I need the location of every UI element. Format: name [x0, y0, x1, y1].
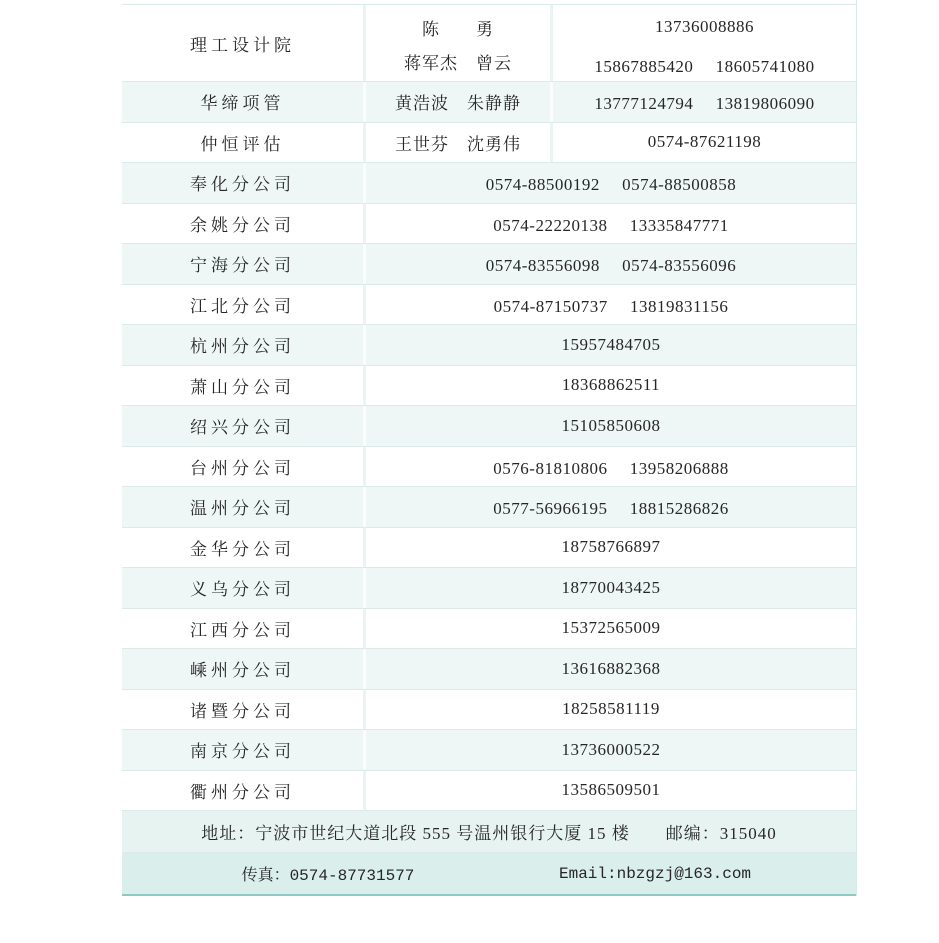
branch-phone-cell: 0574-83556098 0574-83556096 [366, 244, 856, 284]
branch-phone-cell: 15105850608 [366, 406, 856, 446]
table-row: 余姚分公司 0574-22220138 13335847771 [122, 203, 856, 244]
footer-row: 传真：0574-87731577 Email:nbzgzj@163.com [122, 852, 856, 896]
phone-number: 13736008886 [655, 17, 754, 37]
phone-number: 15867885420 18605741080 [594, 57, 814, 77]
branch-name-cell: 奉化分公司 [122, 163, 363, 203]
phones-cell: 13777124794 13819806090 [553, 82, 856, 122]
address-text: 地址：宁波市世纪大道北段 555 号温州银行大厦 15 楼 邮编：315040 [122, 811, 856, 852]
table-row: 杭州分公司 15957484705 [122, 324, 856, 365]
branch-phone-cell: 0577-56966195 18815286826 [366, 487, 856, 527]
branch-phone-cell: 13586509501 [366, 771, 856, 811]
org-name-cell: 仲恒评估 [122, 123, 363, 163]
contact-name: 蒋军杰 曾云 [404, 54, 512, 74]
branch-name-cell: 金华分公司 [122, 528, 363, 568]
email-text: Email:nbzgzj@163.com [489, 853, 856, 894]
phones-cell: 0574-87621198 [553, 123, 856, 163]
branch-phone-cell: 18758766897 [366, 528, 856, 568]
branch-name-cell: 南京分公司 [122, 730, 363, 770]
branch-name-cell: 杭州分公司 [122, 325, 363, 365]
branch-phone-cell: 18368862511 [366, 366, 856, 406]
contact-directory-table: 理工设计院 陈 勇 蒋军杰 曾云 13736008886 15867885420… [122, 0, 857, 896]
table-row: 仲恒评估 王世芬 沈勇伟 0574-87621198 [122, 122, 856, 163]
table-row: 南京分公司 13736000522 [122, 729, 856, 770]
address-row: 地址：宁波市世纪大道北段 555 号温州银行大厦 15 楼 邮编：315040 [122, 810, 856, 852]
table-row: 宁海分公司 0574-83556098 0574-83556096 [122, 243, 856, 284]
table-row: 萧山分公司 18368862511 [122, 365, 856, 406]
branch-name-cell: 萧山分公司 [122, 366, 363, 406]
fax-text: 传真：0574-87731577 [122, 853, 489, 894]
phones-cell: 13736008886 15867885420 18605741080 [553, 5, 856, 81]
branch-name-cell: 江西分公司 [122, 609, 363, 649]
table-row: 江北分公司 0574-87150737 13819831156 [122, 284, 856, 325]
branch-name-cell: 衢州分公司 [122, 771, 363, 811]
branch-name-cell: 诸暨分公司 [122, 690, 363, 730]
table-row: 义乌分公司 18770043425 [122, 567, 856, 608]
branch-phone-cell: 0576-81810806 13958206888 [366, 447, 856, 487]
branch-phone-cell: 0574-87150737 13819831156 [366, 285, 856, 325]
branch-phone-cell: 18258581119 [366, 690, 856, 730]
table-row: 衢州分公司 13586509501 [122, 770, 856, 811]
org-name-cell: 华缔项管 [122, 82, 363, 122]
branch-name-cell: 江北分公司 [122, 285, 363, 325]
table-row: 诸暨分公司 18258581119 [122, 689, 856, 730]
branch-name-cell: 台州分公司 [122, 447, 363, 487]
table-row: 奉化分公司 0574-88500192 0574-88500858 [122, 162, 856, 203]
table-row: 绍兴分公司 15105850608 [122, 405, 856, 446]
table-row: 华缔项管 黄浩波 朱静静 13777124794 13819806090 [122, 81, 856, 122]
branch-phone-cell: 0574-88500192 0574-88500858 [366, 163, 856, 203]
branch-phone-cell: 18770043425 [366, 568, 856, 608]
contacts-cell: 陈 勇 蒋军杰 曾云 [366, 5, 550, 81]
branch-name-cell: 绍兴分公司 [122, 406, 363, 446]
table-row: 理工设计院 陈 勇 蒋军杰 曾云 13736008886 15867885420… [122, 4, 856, 81]
branch-name-cell: 余姚分公司 [122, 204, 363, 244]
branch-phone-cell: 0574-22220138 13335847771 [366, 204, 856, 244]
contacts-cell: 黄浩波 朱静静 [366, 82, 550, 122]
page: 理工设计院 陈 勇 蒋军杰 曾云 13736008886 15867885420… [0, 0, 939, 943]
contact-name: 陈 勇 [422, 20, 494, 40]
branch-phone-cell: 13736000522 [366, 730, 856, 770]
branch-name-cell: 温州分公司 [122, 487, 363, 527]
branch-phone-cell: 13616882368 [366, 649, 856, 689]
table-row: 金华分公司 18758766897 [122, 527, 856, 568]
table-row: 台州分公司 0576-81810806 13958206888 [122, 446, 856, 487]
org-name-cell: 理工设计院 [122, 5, 363, 81]
contacts-cell: 王世芬 沈勇伟 [366, 123, 550, 163]
table-row: 温州分公司 0577-56966195 18815286826 [122, 486, 856, 527]
branch-phone-cell: 15372565009 [366, 609, 856, 649]
branch-name-cell: 嵊州分公司 [122, 649, 363, 689]
branch-name-cell: 宁海分公司 [122, 244, 363, 284]
branch-name-cell: 义乌分公司 [122, 568, 363, 608]
table-row: 嵊州分公司 13616882368 [122, 648, 856, 689]
branch-phone-cell: 15957484705 [366, 325, 856, 365]
table-row: 江西分公司 15372565009 [122, 608, 856, 649]
